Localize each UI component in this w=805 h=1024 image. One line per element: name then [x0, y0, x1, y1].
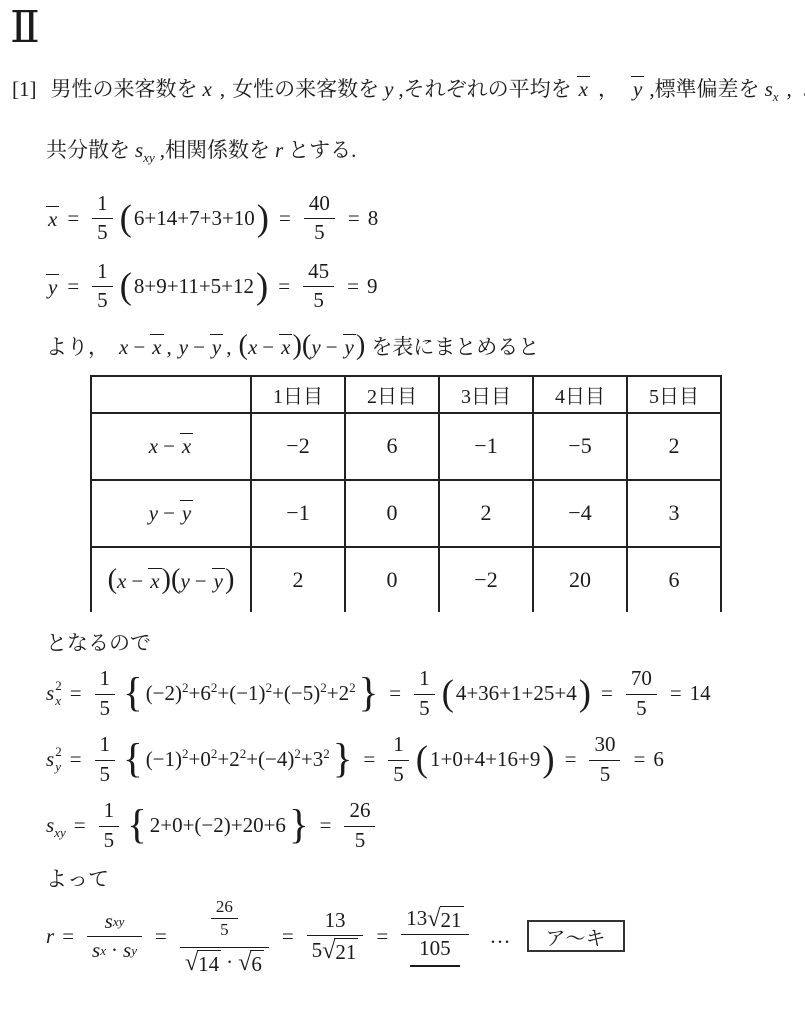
- right-brace: }: [333, 739, 353, 780]
- var-x: x: [203, 77, 212, 101]
- equals-sign: =: [282, 924, 294, 949]
- table-intro-line: より，x−x,y−y,(x−x)(y−y)を表にまとめると: [46, 332, 805, 361]
- comma: ,: [220, 77, 225, 101]
- table-header-day4: 4日目: [533, 376, 627, 413]
- table-cell: 20: [533, 547, 627, 612]
- minus-sign: −: [193, 335, 205, 359]
- equals-sign: =: [67, 206, 79, 231]
- left-paren: (: [239, 330, 248, 361]
- term-base: (−1): [146, 747, 182, 771]
- mean-x-equation: x = 15 ( 6+14+7+3+10 ) = 405 = 8: [46, 191, 805, 246]
- var-x: x: [150, 569, 159, 593]
- denominator: 5: [99, 827, 120, 854]
- subscript-y: y: [131, 944, 137, 957]
- table-cell: 6: [627, 547, 721, 612]
- text-segment: ,標準偏差を: [649, 77, 759, 101]
- fraction-one-fifth: 15: [99, 798, 120, 853]
- correlation-equation: r = sxy sx·sy = 265 √14·√6 = 13 5√21 = 1…: [46, 896, 805, 977]
- numerator: 45: [303, 259, 334, 288]
- radical-sign: √: [185, 950, 198, 975]
- squared-term: +62: [189, 681, 218, 706]
- deviation-table: 1日目 2日目 3日目 4日目 5日目 x−x −2 6 −1 −5 2 y−y…: [90, 375, 722, 612]
- var-y: y: [212, 335, 221, 359]
- row-label-product: (x−x)(y−y): [91, 547, 251, 612]
- denominator: 5: [95, 761, 116, 788]
- sup-sub-stack: 2x: [55, 679, 62, 709]
- var-y: y: [48, 275, 57, 299]
- fraction-result: 455: [303, 259, 334, 314]
- denominator: 5: [303, 287, 334, 314]
- numerator: 1: [92, 191, 113, 220]
- sum-expression: 6+14+7+3+10: [134, 206, 255, 231]
- sqrt-21: √21: [322, 938, 358, 963]
- setup-text: 男性の来客数をx,女性の来客数をy,それぞれの平均をx，y,標準偏差をsx,sy…: [51, 76, 805, 103]
- text-segment: 男性の来客数を: [51, 77, 198, 101]
- covariance-equation: sxy = 15 { 2+0+(−2)+20+6 } = 265: [46, 798, 805, 853]
- var-y: y: [311, 335, 320, 359]
- left-brace: {: [127, 805, 147, 846]
- left-brace: {: [123, 673, 143, 714]
- denominator: 5: [344, 827, 375, 854]
- var-s-y-squared: s2y: [46, 745, 62, 775]
- var-s-xy: sxy: [135, 138, 155, 162]
- table-row-x-deviation: x−x −2 6 −1 −5 2: [91, 413, 721, 480]
- text-segment: ,相関係数を: [160, 138, 270, 162]
- numerator: 1: [92, 259, 113, 288]
- left-brace: {: [123, 739, 143, 780]
- minus-sign: −: [163, 501, 175, 525]
- table-header-day5: 5日目: [627, 376, 721, 413]
- coefficient: 13: [406, 907, 427, 931]
- exponent-2: 2: [55, 745, 62, 760]
- left-paren: (: [108, 564, 117, 595]
- squared-term: (−2)2: [146, 681, 189, 706]
- table-corner-cell: [91, 376, 251, 413]
- sum-expression: 4+36+1+25+4: [456, 681, 577, 706]
- coefficient: 5: [312, 939, 323, 963]
- table-header-day1: 1日目: [251, 376, 345, 413]
- equals-sign: =: [62, 924, 74, 949]
- term-base: +(−5): [272, 681, 320, 705]
- overline-y: y: [46, 274, 59, 298]
- sqrt-21: √21: [427, 906, 463, 931]
- equals-sign: =: [74, 813, 86, 838]
- term-base: +2: [327, 681, 349, 705]
- var-r: r: [46, 924, 54, 949]
- subscript-xy: xy: [113, 915, 125, 928]
- squared-term: (−1)2: [146, 747, 189, 772]
- right-paren: ): [256, 268, 268, 305]
- radicand: 6: [250, 950, 264, 975]
- exponent-2: 2: [55, 679, 62, 694]
- right-brace: }: [289, 805, 309, 846]
- table-cell: −1: [439, 413, 533, 480]
- equals-sign: =: [601, 681, 613, 706]
- numerator: 40: [304, 191, 335, 220]
- table-cell: 0: [345, 480, 439, 547]
- denominator: 5: [414, 695, 435, 722]
- equals-sign: =: [670, 681, 682, 706]
- var-s-x: sx: [765, 77, 779, 101]
- equals-sign: =: [389, 681, 401, 706]
- exponent-2: 2: [349, 680, 356, 695]
- numerator: 1: [414, 666, 435, 695]
- overline-x: x: [148, 568, 161, 592]
- right-paren: ): [225, 564, 234, 595]
- squared-term: +22: [327, 681, 356, 706]
- sum-expression: 8+9+11+5+12: [134, 274, 254, 299]
- numerator: 26: [344, 798, 375, 827]
- text-segment: とする.: [288, 138, 356, 162]
- sqrt-14: √14: [185, 950, 221, 975]
- fraction-one-fifth: 15: [388, 732, 409, 787]
- denominator: 5: [92, 219, 113, 246]
- table-row-y-deviation: y−y −1 0 2 −4 3: [91, 480, 721, 547]
- solution-page: Ⅱ [1] 男性の来客数をx,女性の来客数をy,それぞれの平均をx，y,標準偏差…: [0, 6, 805, 1024]
- variance-y-equation: s2y = 15 { (−1)2 +02 +22 +(−4)2 +32 } = …: [46, 732, 805, 787]
- subscript-y: y: [55, 760, 61, 775]
- sum-expression: 2+0+(−2)+20+6: [150, 813, 286, 838]
- left-paren: (: [120, 268, 132, 305]
- table-cell: 0: [345, 547, 439, 612]
- var-x: x: [182, 434, 191, 458]
- fraction-result: 405: [304, 191, 335, 246]
- squared-term: +32: [301, 747, 330, 772]
- right-paren: ): [542, 741, 554, 778]
- equals-sign: =: [348, 206, 360, 231]
- connector-line-2: よって: [46, 866, 805, 893]
- minus-sign: −: [133, 335, 145, 359]
- subscript-xy: xy: [143, 150, 155, 165]
- numerator: 13: [307, 908, 364, 937]
- result-value: 6: [653, 747, 664, 772]
- var-x: x: [152, 335, 161, 359]
- table-header-day2: 2日目: [345, 376, 439, 413]
- numerator: 1: [95, 666, 116, 695]
- var-y: y: [179, 335, 188, 359]
- answer-range-label: ア～キ: [546, 922, 606, 951]
- squared-term: +02: [189, 747, 218, 772]
- radical-sign: √: [322, 938, 335, 963]
- var-y: y: [180, 569, 189, 593]
- minus-sign: −: [163, 434, 175, 458]
- radical-sign: √: [238, 950, 251, 975]
- answer-box: ア～キ: [527, 920, 625, 952]
- equals-sign: =: [279, 206, 291, 231]
- text-segment: を表にまとめると: [371, 335, 539, 359]
- radicand: 14: [197, 950, 221, 975]
- overline-x: x: [577, 76, 590, 100]
- result-value: 8: [368, 206, 379, 231]
- numerator: 1: [95, 732, 116, 761]
- term-base: +2: [217, 747, 239, 771]
- subscript-x: x: [100, 944, 106, 957]
- right-brace: }: [359, 673, 379, 714]
- overline-y: y: [180, 500, 193, 524]
- connector-line-1: となるので: [46, 630, 805, 657]
- subscript-x: x: [55, 694, 61, 709]
- left-paren: (: [442, 675, 454, 712]
- fraction-one-fifth: 15: [95, 732, 116, 787]
- fraction-13-over-5sqrt21: 13 5√21: [307, 908, 364, 965]
- table-header-row: 1日目 2日目 3日目 4日目 5日目: [91, 376, 721, 413]
- denominator: 5: [626, 695, 657, 722]
- equals-sign: =: [320, 813, 332, 838]
- variance-x-equation: s2x = 15 { (−2)2 +62 +(−1)2 +(−5)2 +22 }…: [46, 666, 805, 721]
- fraction-answer: 13√21 105: [401, 905, 468, 968]
- numerator: sxy: [87, 909, 142, 938]
- right-paren: ): [356, 330, 365, 361]
- table-cell: −4: [533, 480, 627, 547]
- comma: ,: [167, 335, 172, 359]
- var-x: x: [579, 77, 588, 101]
- problem-setup-line-1: [1] 男性の来客数をx,女性の来客数をy,それぞれの平均をx，y,標準偏差をs…: [12, 76, 805, 103]
- var-s: s: [105, 910, 113, 934]
- right-paren: ): [257, 200, 269, 237]
- var-x: x: [281, 335, 290, 359]
- comma: ,: [787, 77, 792, 101]
- equals-sign: =: [70, 747, 82, 772]
- table-cell: 3: [627, 480, 721, 547]
- fraction-one-fifth: 15: [95, 666, 116, 721]
- right-paren: ): [579, 675, 591, 712]
- denominator: 5: [388, 761, 409, 788]
- result-value: 14: [690, 681, 711, 706]
- equals-sign: =: [565, 747, 577, 772]
- numerator: 70: [626, 666, 657, 695]
- overline-x: x: [46, 206, 59, 230]
- comma: ，: [598, 77, 619, 101]
- minus-sign: −: [131, 569, 143, 593]
- table-header-day3: 3日目: [439, 376, 533, 413]
- result-value: 9: [367, 274, 378, 299]
- denominator: 5√21: [307, 936, 364, 964]
- var-s: s: [135, 138, 143, 162]
- term-base: +6: [189, 681, 211, 705]
- overline-y: y: [212, 568, 225, 592]
- denominator: √14·√6: [180, 948, 269, 976]
- table-cell: −1: [251, 480, 345, 547]
- var-s: s: [765, 77, 773, 101]
- text-segment: 共分散を: [46, 138, 130, 162]
- radical-sign: √: [427, 906, 440, 931]
- term-base: +3: [301, 747, 323, 771]
- left-paren: (: [416, 741, 428, 778]
- var-r: r: [275, 138, 283, 162]
- var-s: s: [46, 681, 54, 706]
- overline-y: y: [631, 76, 644, 100]
- problem-setup-line-2: 共分散をsxy,相関係数をrとする.: [46, 137, 805, 164]
- table-cell: −2: [251, 413, 345, 480]
- fraction-result: 305: [589, 732, 620, 787]
- numerator: 1: [99, 798, 120, 827]
- denominator: 105: [401, 935, 468, 968]
- dot-operator: ·: [111, 939, 118, 963]
- table-cell: 6: [345, 413, 439, 480]
- sqrt-6: √6: [238, 950, 264, 975]
- fraction-one-fifth: 15: [92, 259, 113, 314]
- term-base: +(−1): [217, 681, 265, 705]
- exponent-2: 2: [323, 746, 330, 761]
- table-cell: −2: [439, 547, 533, 612]
- denominator: 5: [304, 219, 335, 246]
- var-y: y: [633, 77, 642, 101]
- equals-sign: =: [70, 681, 82, 706]
- mean-y-equation: y = 15 ( 8+9+11+5+12 ) = 455 = 9: [46, 259, 805, 314]
- fraction-26-over-5: 265: [211, 897, 238, 941]
- overline-x: x: [279, 334, 292, 358]
- overline-y: y: [210, 334, 223, 358]
- answer-underline: 105: [410, 937, 460, 967]
- var-y: y: [214, 569, 223, 593]
- denominator: 5: [211, 919, 238, 940]
- fraction-one-fifth: 15: [414, 666, 435, 721]
- table-row-product: (x−x)(y−y) 2 0 −2 20 6: [91, 547, 721, 612]
- overline-x: x: [180, 433, 193, 457]
- term-base: (−2): [146, 681, 182, 705]
- term-base: +0: [189, 747, 211, 771]
- minus-sign: −: [195, 569, 207, 593]
- var-x: x: [48, 207, 57, 231]
- equals-sign: =: [376, 924, 388, 949]
- numerator: 1: [388, 732, 409, 761]
- var-s: s: [46, 747, 54, 772]
- fraction-one-fifth: 15: [92, 191, 113, 246]
- text-segment: より，: [46, 335, 109, 359]
- squared-term: +(−5)2: [272, 681, 327, 706]
- equals-sign: =: [155, 924, 167, 949]
- subscript-x: x: [773, 89, 779, 104]
- sum-expression: 1+0+4+16+9: [430, 747, 540, 772]
- right-paren: ): [292, 330, 301, 361]
- minus-sign: −: [262, 335, 274, 359]
- var-x: x: [117, 569, 126, 593]
- squared-term: +(−4)2: [246, 747, 301, 772]
- numerator: 26: [211, 897, 238, 920]
- squared-term: +(−1)2: [217, 681, 272, 706]
- subscript-xy: xy: [54, 825, 66, 840]
- var-s: s: [92, 939, 100, 963]
- row-label-y-deviation: y−y: [91, 480, 251, 547]
- overline-x: x: [150, 334, 163, 358]
- fraction-sxy-over-sxsy: sxy sx·sy: [87, 909, 142, 964]
- table-cell: 2: [627, 413, 721, 480]
- var-s: s: [46, 813, 54, 837]
- overline-y: y: [343, 334, 356, 358]
- text-segment: ,それぞれの平均を: [398, 77, 571, 101]
- table-cell: 2: [251, 547, 345, 612]
- row-label-x-deviation: x−x: [91, 413, 251, 480]
- table-cell: 2: [439, 480, 533, 547]
- text-segment: 女性の来客数を: [232, 77, 379, 101]
- minus-sign: −: [326, 335, 338, 359]
- radicand: 21: [440, 906, 464, 931]
- var-s-xy: sxy: [46, 813, 66, 839]
- sup-sub-stack: 2y: [55, 745, 62, 775]
- numerator: 13√21: [401, 905, 468, 935]
- equals-sign: =: [633, 747, 645, 772]
- comma: ,: [226, 335, 231, 359]
- ellipsis: …: [490, 924, 513, 949]
- var-x: x: [248, 335, 257, 359]
- equals-sign: =: [278, 274, 290, 299]
- section-number: Ⅱ: [10, 6, 805, 50]
- table-cell: −5: [533, 413, 627, 480]
- fraction-result: 705: [626, 666, 657, 721]
- denominator: 5: [92, 287, 113, 314]
- var-y: y: [384, 77, 393, 101]
- var-x: x: [119, 335, 128, 359]
- var-x: x: [149, 434, 158, 458]
- problem-label: [1]: [12, 76, 37, 103]
- denominator: 5: [95, 695, 116, 722]
- dot-operator: ·: [226, 951, 233, 975]
- numerator: 265: [180, 896, 269, 949]
- fraction-nested: 265 √14·√6: [180, 896, 269, 977]
- denominator: 5: [589, 761, 620, 788]
- equals-sign: =: [347, 274, 359, 299]
- right-paren: ): [162, 564, 171, 595]
- term-base: +(−4): [246, 747, 294, 771]
- radicand: 21: [334, 938, 358, 963]
- var-s-x-squared: s2x: [46, 679, 62, 709]
- var-y: y: [182, 501, 191, 525]
- left-paren: (: [302, 330, 311, 361]
- var-y: y: [345, 335, 354, 359]
- equals-sign: =: [67, 274, 79, 299]
- fraction-result: 265: [344, 798, 375, 853]
- left-paren: (: [120, 200, 132, 237]
- equals-sign: =: [363, 747, 375, 772]
- squared-term: +22: [217, 747, 246, 772]
- var-s: s: [123, 939, 131, 963]
- denominator: sx·sy: [87, 937, 142, 964]
- numerator: 30: [589, 732, 620, 761]
- var-y: y: [149, 501, 158, 525]
